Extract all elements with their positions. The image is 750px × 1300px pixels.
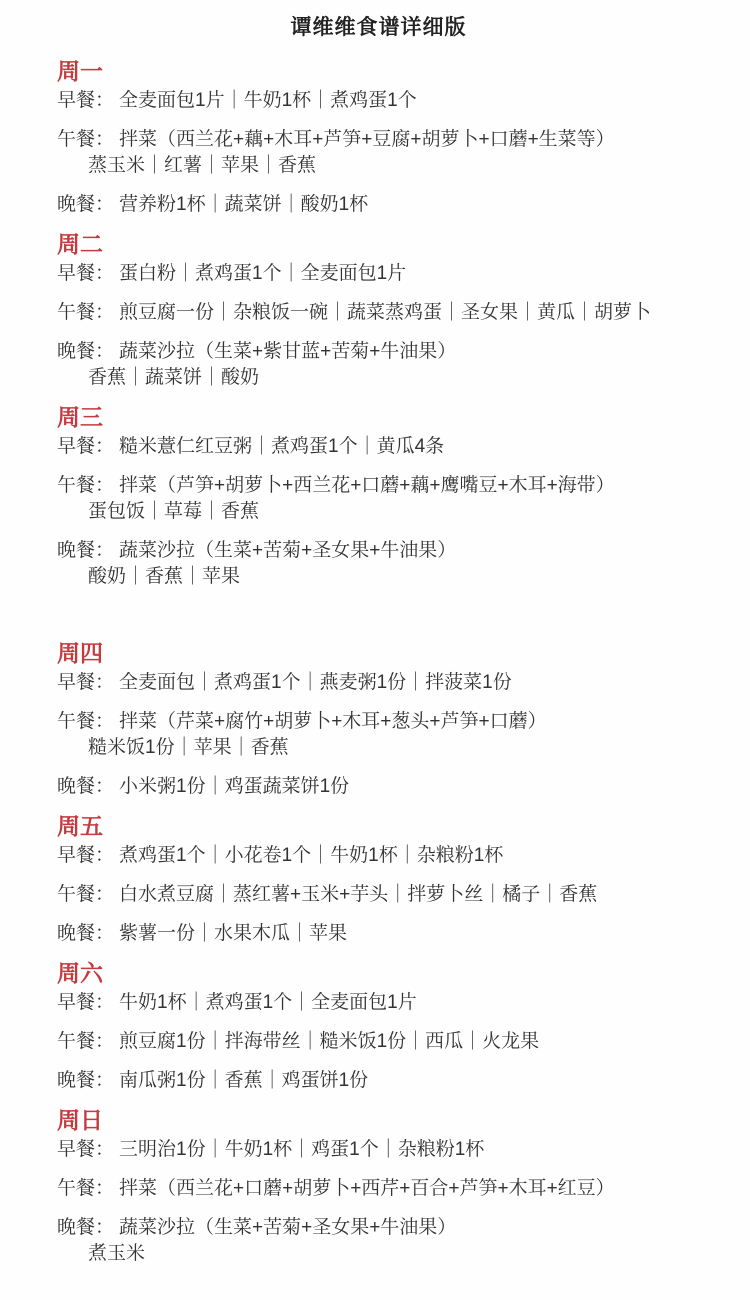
meal-line: 午餐：拌菜（西兰花+口蘑+胡萝卜+西芹+百合+芦笋+木耳+红豆） <box>57 1176 712 1202</box>
meal-line: 晚餐：小米粥1份｜鸡蛋蔬菜饼1份 <box>57 774 712 800</box>
meal-text-continuation: 酸奶｜香蕉｜苹果 <box>57 564 712 590</box>
day-section-wednesday: 周三 早餐：糙米薏仁红豆粥｜煮鸡蛋1个｜黄瓜4条 午餐：拌菜（芦笋+胡萝卜+西兰… <box>57 404 712 590</box>
meal-text: 紫薯一份｜水果木瓜｜苹果 <box>119 923 347 944</box>
meal-text: 煎豆腐一份｜杂粮饭一碗｜蔬菜蒸鸡蛋｜圣女果｜黄瓜｜胡萝卜 <box>119 302 651 323</box>
meal-text: 蔬菜沙拉（生菜+紫甘蓝+苦菊+牛油果） <box>119 341 456 362</box>
meal-line: 晚餐：蔬菜沙拉（生菜+苦菊+圣女果+牛油果） <box>57 1215 712 1241</box>
meal-text: 全麦面包1片｜牛奶1杯｜煮鸡蛋1个 <box>119 90 417 111</box>
meal-line: 早餐：牛奶1杯｜煮鸡蛋1个｜全麦面包1片 <box>57 990 712 1016</box>
meal-lunch: 午餐：煎豆腐一份｜杂粮饭一碗｜蔬菜蒸鸡蛋｜圣女果｜黄瓜｜胡萝卜 <box>57 300 712 326</box>
recipe-document: 谭维维食谱详细版 周一 早餐：全麦面包1片｜牛奶1杯｜煮鸡蛋1个 午餐：拌菜（西… <box>0 0 750 1300</box>
meal-label: 早餐： <box>57 845 114 866</box>
meal-label: 晚餐： <box>57 540 114 561</box>
meal-line: 晚餐：营养粉1杯｜蔬菜饼｜酸奶1杯 <box>57 192 712 218</box>
meal-lunch: 午餐：拌菜（芹菜+腐竹+胡萝卜+木耳+葱头+芦笋+口蘑） 糙米饭1份｜苹果｜香蕉 <box>57 709 712 761</box>
meal-label: 早餐： <box>57 992 114 1013</box>
meal-line: 晚餐：紫薯一份｜水果木瓜｜苹果 <box>57 921 712 947</box>
meal-dinner: 晚餐：蔬菜沙拉（生菜+苦菊+圣女果+牛油果） 煮玉米 <box>57 1215 712 1267</box>
meal-label: 晚餐： <box>57 341 114 362</box>
meal-text: 白水煮豆腐｜蒸红薯+玉米+芋头｜拌萝卜丝｜橘子｜香蕉 <box>119 884 597 905</box>
meal-breakfast: 早餐：全麦面包｜煮鸡蛋1个｜燕麦粥1份｜拌菠菜1份 <box>57 670 712 696</box>
day-heading: 周二 <box>57 231 712 257</box>
meal-dinner: 晚餐：紫薯一份｜水果木瓜｜苹果 <box>57 921 712 947</box>
meal-label: 晚餐： <box>57 1070 114 1091</box>
meal-line: 早餐：煮鸡蛋1个｜小花卷1个｜牛奶1杯｜杂粮粉1杯 <box>57 843 712 869</box>
meal-dinner: 晚餐：南瓜粥1份｜香蕉｜鸡蛋饼1份 <box>57 1068 712 1094</box>
meal-label: 午餐： <box>57 1031 114 1052</box>
meal-text-continuation: 蛋包饭｜草莓｜香蕉 <box>57 499 712 525</box>
meal-text: 牛奶1杯｜煮鸡蛋1个｜全麦面包1片 <box>119 992 417 1013</box>
meal-lunch: 午餐：拌菜（芦笋+胡萝卜+西兰花+口蘑+藕+鹰嘴豆+木耳+海带） 蛋包饭｜草莓｜… <box>57 473 712 525</box>
day-heading: 周四 <box>57 640 712 666</box>
meal-text: 拌菜（西兰花+藕+木耳+芦笋+豆腐+胡萝卜+口蘑+生菜等） <box>119 129 615 150</box>
meal-text-continuation: 糙米饭1份｜苹果｜香蕉 <box>57 735 712 761</box>
meal-text: 营养粉1杯｜蔬菜饼｜酸奶1杯 <box>119 194 368 215</box>
meal-text: 小米粥1份｜鸡蛋蔬菜饼1份 <box>119 776 349 797</box>
meal-text: 蛋白粉｜煮鸡蛋1个｜全麦面包1片 <box>119 263 406 284</box>
day-section-tuesday: 周二 早餐：蛋白粉｜煮鸡蛋1个｜全麦面包1片 午餐：煎豆腐一份｜杂粮饭一碗｜蔬菜… <box>57 231 712 391</box>
meal-text: 三明治1份｜牛奶1杯｜鸡蛋1个｜杂粮粉1杯 <box>119 1139 484 1160</box>
meal-line: 午餐：拌菜（芦笋+胡萝卜+西兰花+口蘑+藕+鹰嘴豆+木耳+海带） <box>57 473 712 499</box>
meal-line: 午餐：拌菜（西兰花+藕+木耳+芦笋+豆腐+胡萝卜+口蘑+生菜等） <box>57 127 712 153</box>
meal-dinner: 晚餐：蔬菜沙拉（生菜+紫甘蓝+苦菊+牛油果） 香蕉｜蔬菜饼｜酸奶 <box>57 339 712 391</box>
day-section-sunday: 周日 早餐：三明治1份｜牛奶1杯｜鸡蛋1个｜杂粮粉1杯 午餐：拌菜（西兰花+口蘑… <box>57 1107 712 1267</box>
meal-label: 早餐： <box>57 1139 114 1160</box>
meal-line: 晚餐：蔬菜沙拉（生菜+苦菊+圣女果+牛油果） <box>57 538 712 564</box>
meal-line: 午餐：煎豆腐1份｜拌海带丝｜糙米饭1份｜西瓜｜火龙果 <box>57 1029 712 1055</box>
meal-label: 早餐： <box>57 436 114 457</box>
meal-breakfast: 早餐：糙米薏仁红豆粥｜煮鸡蛋1个｜黄瓜4条 <box>57 434 712 460</box>
meal-breakfast: 早餐：全麦面包1片｜牛奶1杯｜煮鸡蛋1个 <box>57 88 712 114</box>
meal-breakfast: 早餐：牛奶1杯｜煮鸡蛋1个｜全麦面包1片 <box>57 990 712 1016</box>
meal-line: 晚餐：蔬菜沙拉（生菜+紫甘蓝+苦菊+牛油果） <box>57 339 712 365</box>
meal-label: 晚餐： <box>57 776 114 797</box>
meal-label: 午餐： <box>57 884 114 905</box>
day-section-thursday: 周四 早餐：全麦面包｜煮鸡蛋1个｜燕麦粥1份｜拌菠菜1份 午餐：拌菜（芹菜+腐竹… <box>57 640 712 800</box>
meal-label: 早餐： <box>57 672 114 693</box>
meal-line: 早餐：蛋白粉｜煮鸡蛋1个｜全麦面包1片 <box>57 261 712 287</box>
meal-label: 午餐： <box>57 1178 114 1199</box>
meal-text: 糙米薏仁红豆粥｜煮鸡蛋1个｜黄瓜4条 <box>119 436 444 457</box>
meal-line: 早餐：糙米薏仁红豆粥｜煮鸡蛋1个｜黄瓜4条 <box>57 434 712 460</box>
meal-breakfast: 早餐：煮鸡蛋1个｜小花卷1个｜牛奶1杯｜杂粮粉1杯 <box>57 843 712 869</box>
day-section-friday: 周五 早餐：煮鸡蛋1个｜小花卷1个｜牛奶1杯｜杂粮粉1杯 午餐：白水煮豆腐｜蒸红… <box>57 813 712 947</box>
page-title: 谭维维食谱详细版 <box>45 14 712 42</box>
meal-line: 早餐：全麦面包｜煮鸡蛋1个｜燕麦粥1份｜拌菠菜1份 <box>57 670 712 696</box>
day-section-saturday: 周六 早餐：牛奶1杯｜煮鸡蛋1个｜全麦面包1片 午餐：煎豆腐1份｜拌海带丝｜糙米… <box>57 960 712 1094</box>
meal-text: 拌菜（西兰花+口蘑+胡萝卜+西芹+百合+芦笋+木耳+红豆） <box>119 1178 615 1199</box>
day-heading: 周五 <box>57 813 712 839</box>
meal-text: 南瓜粥1份｜香蕉｜鸡蛋饼1份 <box>119 1070 368 1091</box>
meal-label: 午餐： <box>57 302 114 323</box>
meal-text: 拌菜（芦笋+胡萝卜+西兰花+口蘑+藕+鹰嘴豆+木耳+海带） <box>119 475 615 496</box>
meal-breakfast: 早餐：三明治1份｜牛奶1杯｜鸡蛋1个｜杂粮粉1杯 <box>57 1137 712 1163</box>
day-section-monday: 周一 早餐：全麦面包1片｜牛奶1杯｜煮鸡蛋1个 午餐：拌菜（西兰花+藕+木耳+芦… <box>57 58 712 218</box>
meal-text-continuation: 蒸玉米｜红薯｜苹果｜香蕉 <box>57 153 712 179</box>
meal-lunch: 午餐：拌菜（西兰花+藕+木耳+芦笋+豆腐+胡萝卜+口蘑+生菜等） 蒸玉米｜红薯｜… <box>57 127 712 179</box>
meal-line: 早餐：三明治1份｜牛奶1杯｜鸡蛋1个｜杂粮粉1杯 <box>57 1137 712 1163</box>
meal-lunch: 午餐：白水煮豆腐｜蒸红薯+玉米+芋头｜拌萝卜丝｜橘子｜香蕉 <box>57 882 712 908</box>
day-heading: 周三 <box>57 404 712 430</box>
meal-text: 煎豆腐1份｜拌海带丝｜糙米饭1份｜西瓜｜火龙果 <box>119 1031 539 1052</box>
meal-label: 晚餐： <box>57 923 114 944</box>
meal-line: 午餐：拌菜（芹菜+腐竹+胡萝卜+木耳+葱头+芦笋+口蘑） <box>57 709 712 735</box>
meal-breakfast: 早餐：蛋白粉｜煮鸡蛋1个｜全麦面包1片 <box>57 261 712 287</box>
meal-text: 拌菜（芹菜+腐竹+胡萝卜+木耳+葱头+芦笋+口蘑） <box>119 711 547 732</box>
meal-text: 蔬菜沙拉（生菜+苦菊+圣女果+牛油果） <box>119 1217 456 1238</box>
day-heading: 周六 <box>57 960 712 986</box>
meal-dinner: 晚餐：营养粉1杯｜蔬菜饼｜酸奶1杯 <box>57 192 712 218</box>
meal-label: 午餐： <box>57 129 114 150</box>
meal-text-continuation: 煮玉米 <box>57 1241 712 1267</box>
meal-text-continuation: 香蕉｜蔬菜饼｜酸奶 <box>57 365 712 391</box>
meal-label: 晚餐： <box>57 1217 114 1238</box>
meal-line: 早餐：全麦面包1片｜牛奶1杯｜煮鸡蛋1个 <box>57 88 712 114</box>
meal-line: 晚餐：南瓜粥1份｜香蕉｜鸡蛋饼1份 <box>57 1068 712 1094</box>
meal-label: 午餐： <box>57 475 114 496</box>
meal-lunch: 午餐：煎豆腐1份｜拌海带丝｜糙米饭1份｜西瓜｜火龙果 <box>57 1029 712 1055</box>
meal-line: 午餐：煎豆腐一份｜杂粮饭一碗｜蔬菜蒸鸡蛋｜圣女果｜黄瓜｜胡萝卜 <box>57 300 712 326</box>
meal-label: 早餐： <box>57 263 114 284</box>
meal-label: 午餐： <box>57 711 114 732</box>
meal-text: 蔬菜沙拉（生菜+苦菊+圣女果+牛油果） <box>119 540 456 561</box>
day-heading: 周日 <box>57 1107 712 1133</box>
meal-label: 早餐： <box>57 90 114 111</box>
meal-text: 全麦面包｜煮鸡蛋1个｜燕麦粥1份｜拌菠菜1份 <box>119 672 512 693</box>
day-heading: 周一 <box>57 58 712 84</box>
meal-label: 晚餐： <box>57 194 114 215</box>
meal-line: 午餐：白水煮豆腐｜蒸红薯+玉米+芋头｜拌萝卜丝｜橘子｜香蕉 <box>57 882 712 908</box>
meal-dinner: 晚餐：小米粥1份｜鸡蛋蔬菜饼1份 <box>57 774 712 800</box>
meal-text: 煮鸡蛋1个｜小花卷1个｜牛奶1杯｜杂粮粉1杯 <box>119 845 503 866</box>
meal-dinner: 晚餐：蔬菜沙拉（生菜+苦菊+圣女果+牛油果） 酸奶｜香蕉｜苹果 <box>57 538 712 590</box>
meal-lunch: 午餐：拌菜（西兰花+口蘑+胡萝卜+西芹+百合+芦笋+木耳+红豆） <box>57 1176 712 1202</box>
